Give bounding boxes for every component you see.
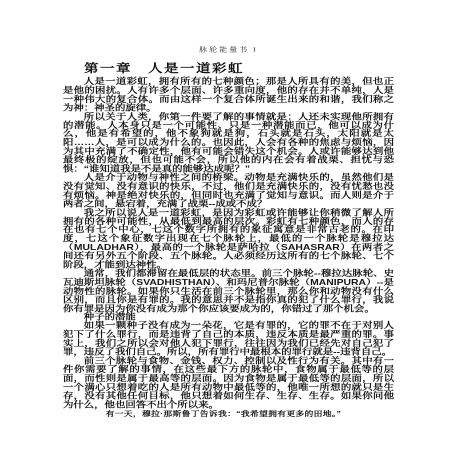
book-page: 脉轮能量书 I 第一章 人是一道彩虹 人是一道彩虹，拥有所有的七种颜色；那是人所… xyxy=(0,0,452,452)
paragraph: 前三个脉轮与食物、金钱、权力、控制以及性行为有关。其中有一件你需要了解的事情，在… xyxy=(63,358,394,410)
paragraph: 如果一颗种子没有成为一朵花，它是有罪的，它的罪不在于对别人犯下了什么罪行，而是违… xyxy=(63,323,394,358)
page-content: 脉轮能量书 I 第一章 人是一道彩虹 人是一道彩虹，拥有所有的七种颜色；那是人所… xyxy=(63,45,394,419)
body-text: 人是一道彩虹，拥有所有的七种颜色；那是人所具有的美，但也正是他的困扰。人有许多个… xyxy=(63,79,394,419)
anecdote-quote-line: 有一天，穆拉·那斯鲁丁告诉我：“我希望拥有更多的田地。” xyxy=(63,410,394,419)
paragraph: 人是介于动物与神性之间的桥梁。动物是充满快乐的，虽然他们是没有觉知、没有意识的快… xyxy=(63,175,394,210)
paragraph: 所以关于人类，你第一件要了解的事情就是：人还未实现他所拥有的潜能。人本身只是一个… xyxy=(63,114,394,175)
chapter-title: 第一章 人是一道彩虹 xyxy=(63,59,394,74)
running-header: 脉轮能量书 I xyxy=(63,45,394,53)
paragraph: 我之所以说人是一道彩虹，是因为彩虹或许能够让你稍微了解人所拥有的各种可能性，从最… xyxy=(63,209,394,270)
paragraph: 通常，我们都滞留在最低层的状态里。前三个脉轮--穆拉达脉轮、史瓦迪斯坦脉轮（SV… xyxy=(63,271,394,315)
paragraph: 人是一道彩虹，拥有所有的七种颜色；那是人所具有的美，但也正是他的困扰。人有许多个… xyxy=(63,79,394,114)
